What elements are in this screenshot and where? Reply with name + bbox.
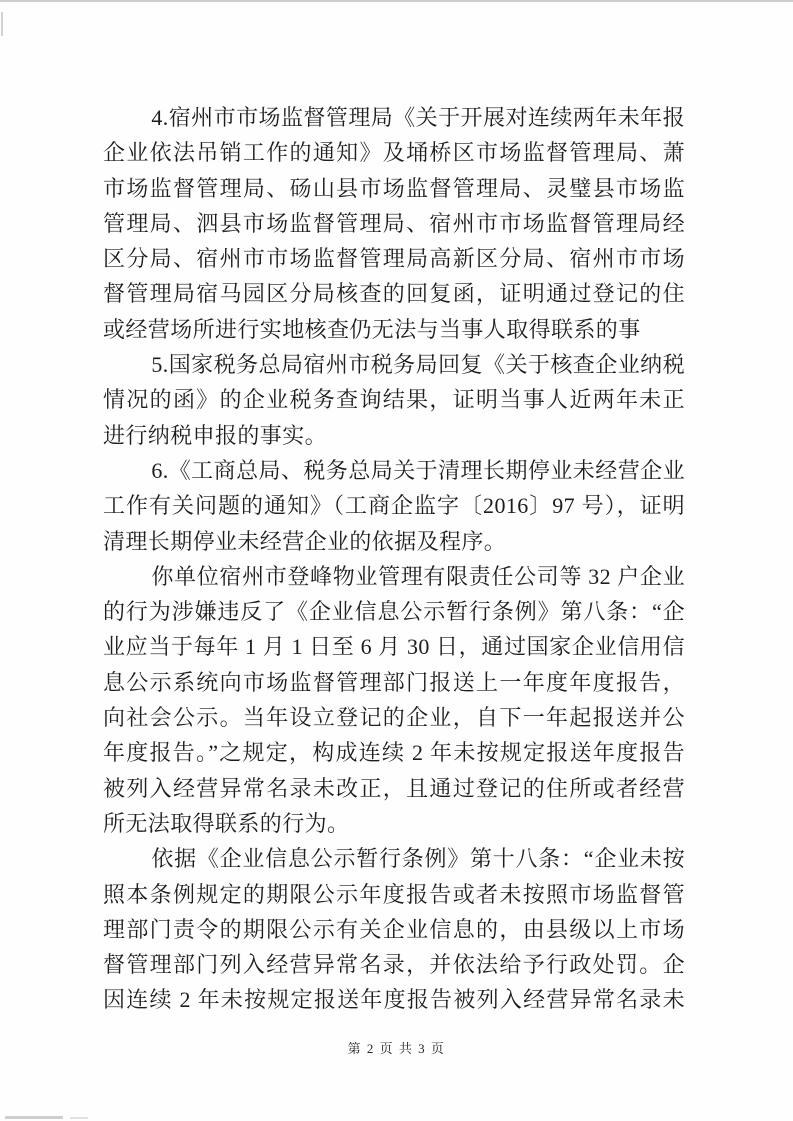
paragraph-evidence-item-5: 5.国家税务总局宿州市税务局回复《关于核查企业纳税 情况的函》的企业税务查询结果… [103, 347, 685, 453]
text-line: 所无法取得联系的行为。 [103, 806, 685, 841]
scanned-document-page: 4.宿州市市场监督管理局《关于开展对连续两年未年报 企业依法吊销工作的通知》及埇… [0, 0, 793, 1121]
text-line: 情况的函》的企业税务查询结果，证明当事人近两年未正常 [103, 382, 685, 417]
document-text-block: 4.宿州市市场监督管理局《关于开展对连续两年未年报 企业依法吊销工作的通知》及埇… [103, 100, 685, 1018]
text-line: 的行为涉嫌违反了《企业信息公示暂行条例》第八条：“企 [103, 594, 685, 629]
text-line: 照本条例规定的期限公示年度报告或者未按照市场监督管 [103, 877, 685, 912]
text-line: 理部门责令的期限公示有关企业信息的，由县级以上市场监 [103, 912, 685, 947]
paragraph-evidence-item-6: 6.《工商总局、税务总局关于清理长期停业未经营企业 工作有关问题的通知》（工商企… [103, 453, 685, 559]
text-line: 督管理部门列入经营异常名录，并依法给予行政处罚。企业 [103, 947, 685, 982]
text-line: 清理长期停业未经营企业的依据及程序。 [103, 524, 685, 559]
text-line: 4.宿州市市场监督管理局《关于开展对连续两年未年报 [103, 100, 685, 135]
page-number-footer: 第 2 页 共 3 页 [0, 1038, 793, 1057]
text-line: 5.国家税务总局宿州市税务局回复《关于核查企业纳税 [103, 347, 685, 382]
paragraph-evidence-item-4: 4.宿州市市场监督管理局《关于开展对连续两年未年报 企业依法吊销工作的通知》及埇… [103, 100, 685, 347]
paragraph-legal-basis: 依据《企业信息公示暂行条例》第十八条：“企业未按 照本条例规定的期限公示年度报告… [103, 841, 685, 1017]
text-line: 年度报告。”之规定，构成连续 2 年未按规定报送年度报告 [103, 735, 685, 770]
text-line: 企业依法吊销工作的通知》及埇桥区市场监督管理局、萧县 [103, 135, 685, 170]
text-line: 息公示系统向市场监督管理部门报送上一年度年度报告，并 [103, 665, 685, 700]
text-line: 6.《工商总局、税务总局关于清理长期停业未经营企业 [103, 453, 685, 488]
text-line: 被列入经营异常名录未改正，且通过登记的住所或者经营场 [103, 771, 685, 806]
text-line: 向社会公示。当年设立登记的企业，自下一年起报送并公示 [103, 700, 685, 735]
paragraph-violation-findings: 你单位宿州市登峰物业管理有限责任公司等 32 户企业 的行为涉嫌违反了《企业信息… [103, 559, 685, 841]
text-line: 业应当于每年 1 月 1 日至 6 月 30 日，通过国家企业信用信 [103, 629, 685, 664]
scan-top-edge-shadow [0, 0, 793, 2]
scan-smudge [5, 1116, 63, 1119]
text-line: 市场监督管理局、砀山县市场监督管理局、灵璧县市场监督 [103, 171, 685, 206]
text-line: 因连续 2 年未按规定报送年度报告被列入经营异常名录未改 [103, 982, 685, 1017]
text-line: 工作有关问题的通知》（工商企监字〔2016〕97 号），证明 [103, 488, 685, 523]
text-line: 进行纳税申报的事实。 [103, 418, 685, 453]
text-line: 区分局、宿州市市场监督管理局高新区分局、宿州市市场监 [103, 241, 685, 276]
scan-smudge [70, 1117, 88, 1119]
text-line: 督管理局宿马园区分局核查的回复函，证明通过登记的住所 [103, 276, 685, 311]
text-line: 管理局、泗县市场监督管理局、宿州市市场监督管理局经开 [103, 206, 685, 241]
text-line: 依据《企业信息公示暂行条例》第十八条：“企业未按 [103, 841, 685, 876]
scan-left-edge-mark [1, 12, 3, 36]
text-line: 或经营场所进行实地核查仍无法与当事人取得联系的事实。 [103, 312, 685, 347]
text-line: 你单位宿州市登峰物业管理有限责任公司等 32 户企业 [103, 559, 685, 594]
